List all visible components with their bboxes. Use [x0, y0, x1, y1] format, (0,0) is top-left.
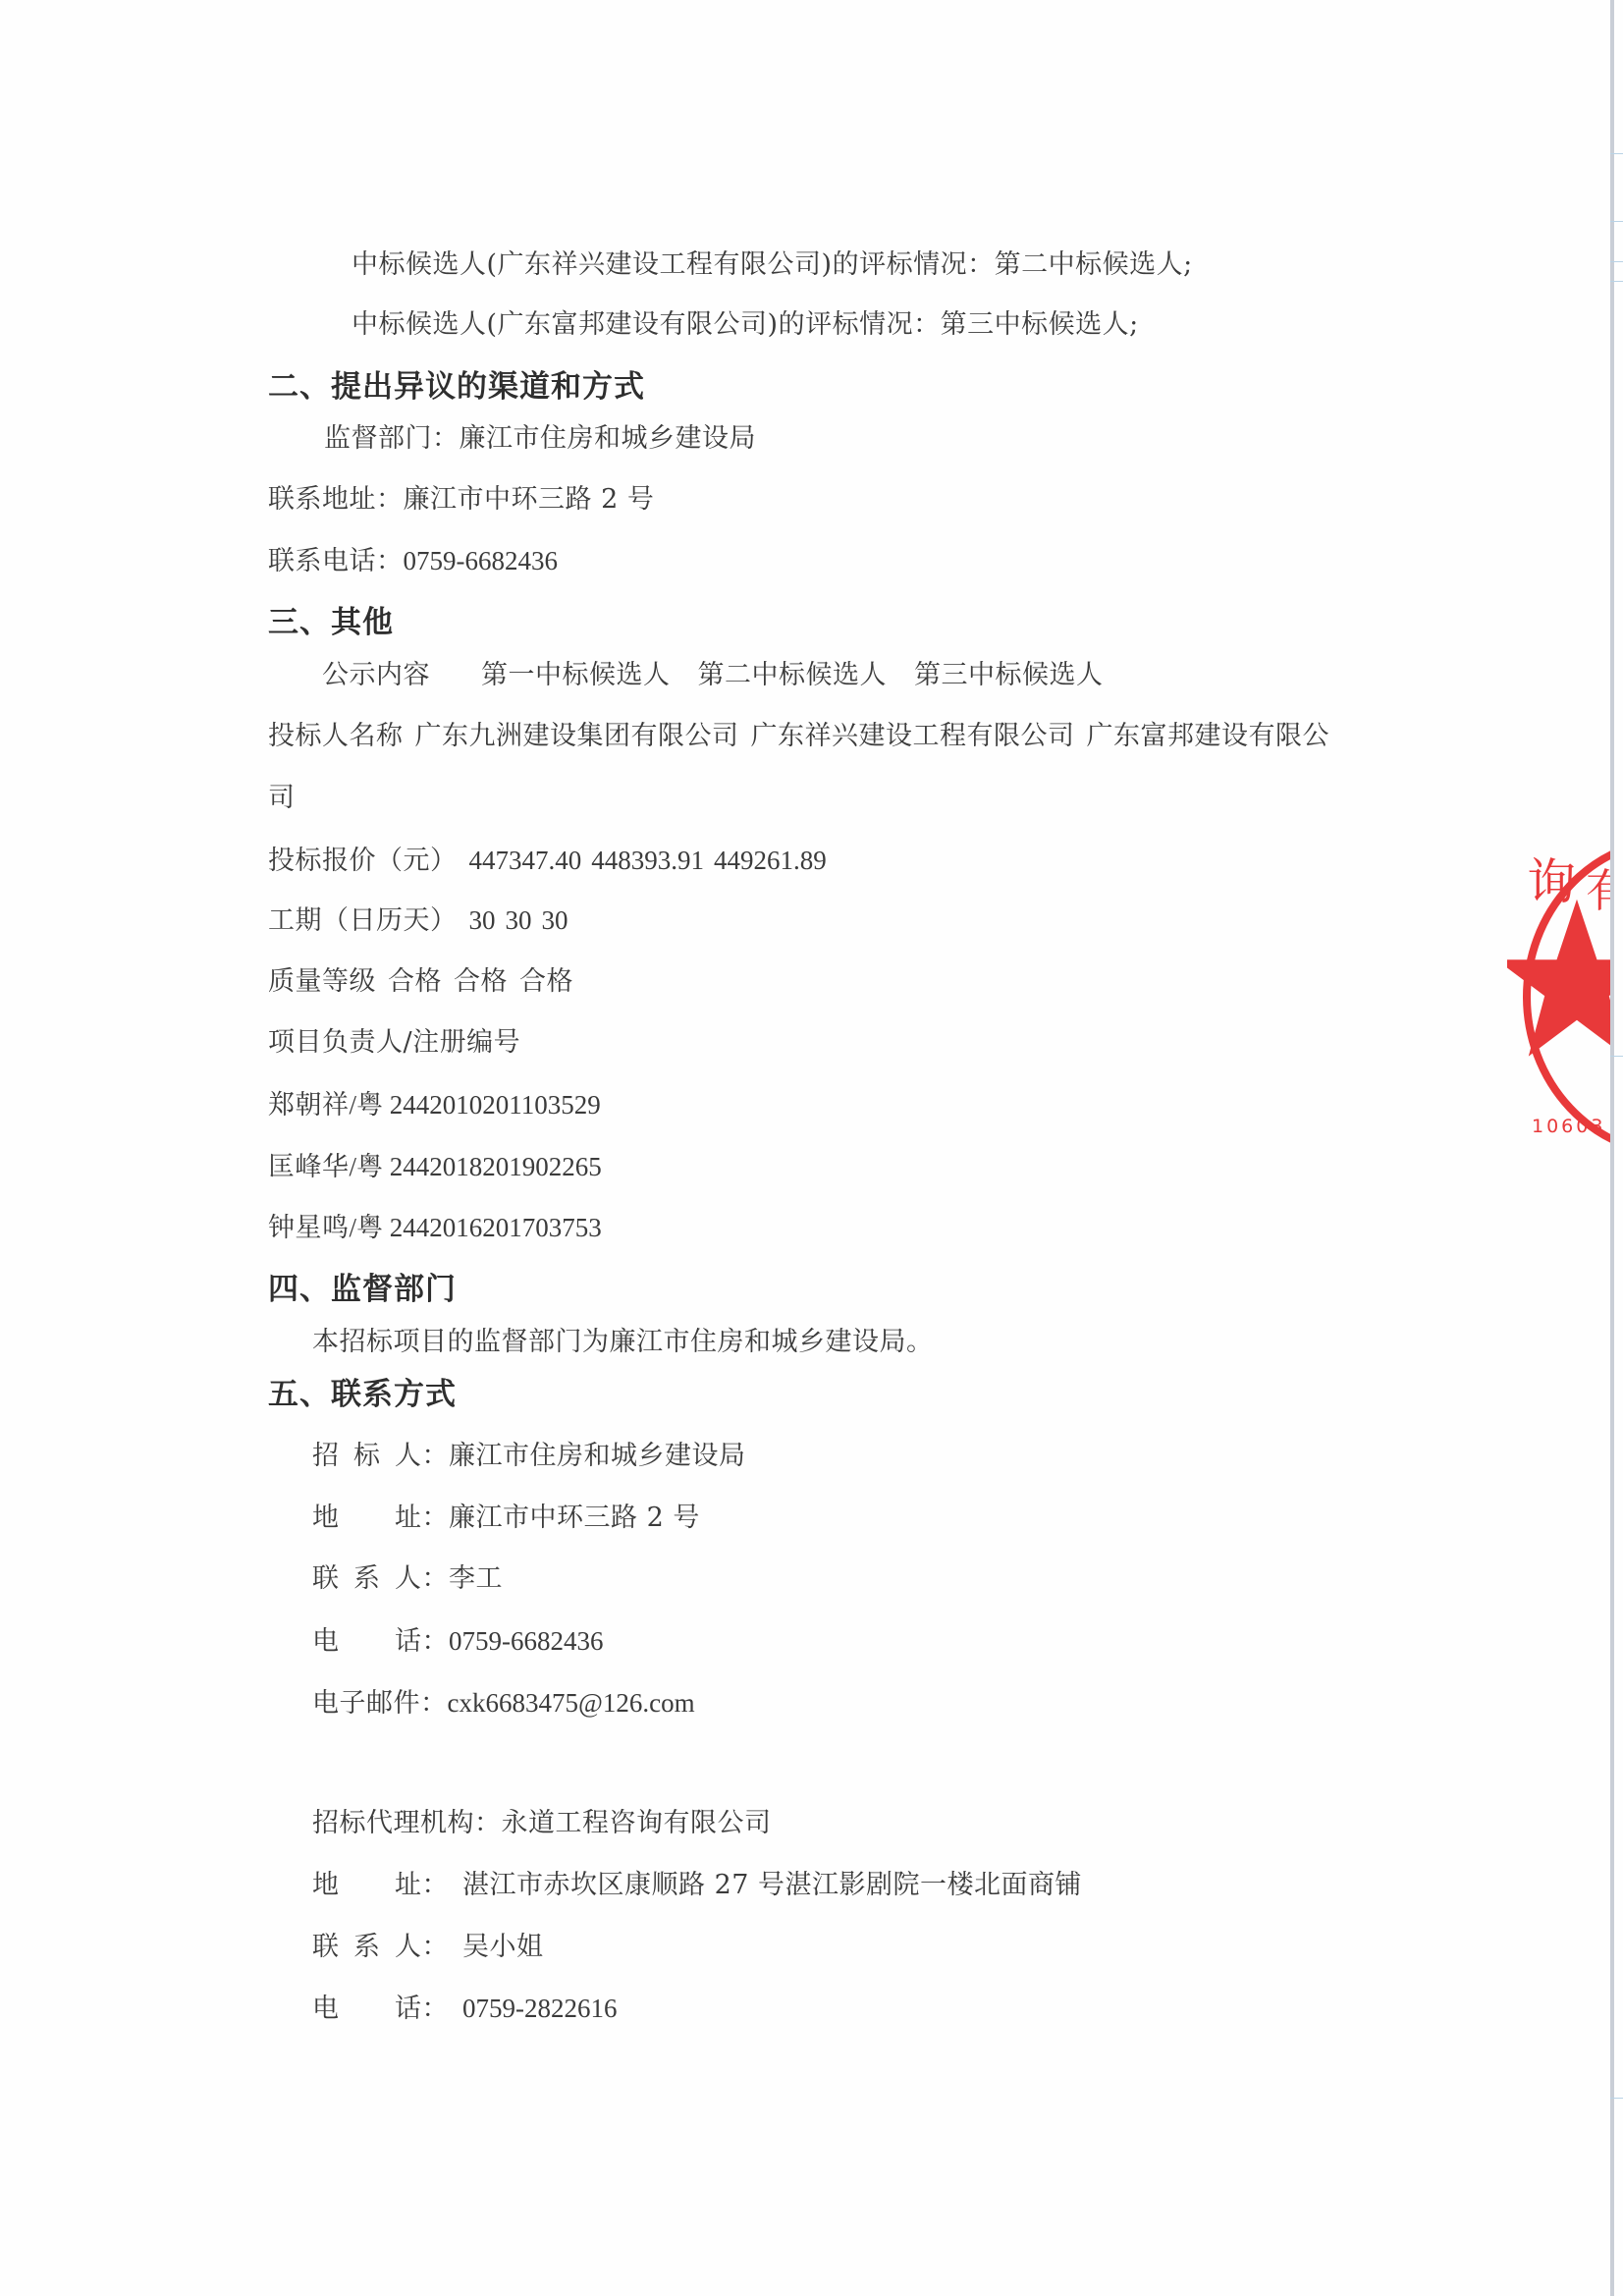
manager-name: 匡峰华 — [268, 1152, 350, 1182]
bidder-3-name: 广东富邦建设有限公 — [1087, 721, 1330, 751]
agency-contact-line: 联系人：吴小姐 — [312, 1931, 544, 1964]
tenderer-contact-value: 李工 — [449, 1563, 503, 1594]
agency-address-value: 湛江市赤坎区康顺路 27 号湛江影剧院一楼北面商铺 — [462, 1870, 1082, 1900]
table-row-quality: 质量等级合格合格合格 — [268, 965, 573, 999]
manager-reg: /粤 2442018201902265 — [350, 1152, 602, 1181]
contact-address-label: 联系地址： — [268, 484, 404, 515]
supervisor-label: 监督部门： — [324, 423, 460, 454]
tenderer-email-line: 电子邮件：cxk6683475@126.com — [312, 1686, 695, 1721]
agency-address-line: 地址：湛江市赤坎区康顺路 27 号湛江影剧院一楼北面商铺 — [312, 1869, 1082, 1902]
quality-3: 合格 — [519, 966, 573, 997]
tenderer-email-value[interactable]: cxk6683475@126.com — [448, 1688, 695, 1718]
table-row-bidder-name: 投标人名称广东九洲建设集团有限公司广东祥兴建设工程有限公司广东富邦建设有限公 — [268, 720, 1329, 753]
row-label: 投标人名称 — [268, 721, 404, 751]
section-4-body: 本招标项目的监督部门为廉江市住房和城乡建设局。 — [312, 1326, 934, 1359]
section-5-heading: 五、联系方式 — [268, 1376, 457, 1413]
section-2-heading: 二、提出异议的渠道和方式 — [268, 368, 645, 406]
bid-price-1: 447347.40 — [469, 846, 582, 875]
tenderer-address-label: 址： — [395, 1503, 449, 1533]
table-row-manager-label: 项目负责人/注册编号 — [268, 1026, 520, 1060]
duration-3: 30 — [542, 905, 568, 935]
tenderer-address-line: 地址：廉江市中环三路 2 号 — [312, 1502, 700, 1535]
quality-2: 合格 — [454, 966, 508, 997]
bid-price-3: 449261.89 — [714, 846, 827, 875]
tenderer-phone-value: 0759-6682436 — [449, 1626, 604, 1656]
duration-2: 30 — [506, 905, 532, 935]
agency-address-label: 址： — [395, 1870, 449, 1900]
contact-address-line: 联系地址：廉江市中环三路 2 号 — [268, 483, 654, 517]
tenderer-name-line: 招标人：廉江市住房和城乡建设局 — [312, 1440, 746, 1473]
table-header-col-1: 第一中标候选人 — [481, 660, 671, 690]
agency-name-value: 永道工程咨询有限公司 — [502, 1808, 772, 1838]
section-3-heading: 三、其他 — [268, 604, 394, 641]
evaluation-result-3: 中标候选人(广东富邦建设有限公司)的评标情况：第三中标候选人; — [352, 308, 1139, 342]
agency-name-line: 招标代理机构：永道工程咨询有限公司 — [312, 1807, 772, 1840]
bid-price-2: 448393.91 — [591, 846, 704, 875]
table-row-duration: 工期（日历天）303030 — [268, 903, 568, 938]
agency-phone-line: 电话：0759-2822616 — [312, 1992, 618, 2026]
company-seal-stamp: 询 有 10603 — [1507, 830, 1610, 1164]
scan-edge-tick — [1610, 153, 1623, 154]
table-header-col-3: 第三中标候选人 — [914, 660, 1104, 690]
tenderer-contact-label: 人： — [395, 1563, 449, 1594]
table-header-label: 公示内容 — [322, 660, 430, 690]
agency-phone-value: 0759-2822616 — [462, 1994, 618, 2023]
agency-contact-label: 人： — [395, 1932, 449, 1962]
section-4-heading: 四、监督部门 — [268, 1271, 457, 1308]
duration-1: 30 — [469, 905, 496, 935]
contact-phone-value: 0759-6682436 — [404, 546, 559, 575]
document-page: 中标候选人(广东祥兴建设工程有限公司)的评标情况：第二中标候选人; 中标候选人(… — [0, 0, 1623, 2296]
bidder-2-name: 广东祥兴建设工程有限公司 — [751, 721, 1075, 751]
contact-address-value: 廉江市中环三路 2 号 — [404, 484, 655, 515]
contact-phone-line: 联系电话：0759-6682436 — [268, 544, 558, 578]
tenderer-phone-line: 电话：0759-6682436 — [312, 1624, 604, 1659]
quality-1: 合格 — [388, 966, 442, 997]
tenderer-name-value: 廉江市住房和城乡建设局 — [449, 1441, 746, 1471]
contact-phone-label: 联系电话： — [268, 546, 404, 576]
scan-edge-tick — [1610, 1056, 1623, 1057]
scan-edge-tick — [1610, 281, 1623, 282]
tenderer-name-label: 人： — [395, 1441, 449, 1471]
manager-2: 匡峰华/粤 2442018201902265 — [268, 1150, 602, 1184]
row-label: 工期（日历天） — [268, 905, 458, 936]
svg-text:询: 询 — [1527, 853, 1576, 910]
table-row-bid-price: 投标报价（元）447347.40448393.91449261.89 — [268, 844, 827, 878]
manager-name: 郑朝祥 — [268, 1090, 350, 1121]
manager-name: 钟星鸣 — [268, 1213, 350, 1243]
supervisor-value: 廉江市住房和城乡建设局 — [460, 423, 757, 454]
manager-1: 郑朝祥/粤 2442010201103529 — [268, 1088, 601, 1122]
svg-text:有: 有 — [1586, 864, 1610, 917]
table-header-row: 公示内容第一中标候选人第二中标候选人第三中标候选人 — [322, 659, 1104, 692]
table-header-col-2: 第二中标候选人 — [698, 660, 888, 690]
agency-name-label: 招标代理机构： — [312, 1808, 502, 1838]
manager-reg: /粤 2442010201103529 — [350, 1090, 601, 1120]
svg-text:10603: 10603 — [1532, 1116, 1605, 1137]
supervisor-line: 监督部门：廉江市住房和城乡建设局 — [324, 422, 756, 456]
row-label: 投标报价（元） — [268, 846, 458, 876]
scan-edge-tick — [1610, 2098, 1623, 2099]
evaluation-result-2: 中标候选人(广东祥兴建设工程有限公司)的评标情况：第二中标候选人; — [352, 248, 1193, 282]
tenderer-email-label: 电子邮件： — [312, 1688, 448, 1719]
bidder-name-wrap: 司 — [268, 782, 296, 815]
bidder-1-name: 广东九洲建设集团有限公司 — [415, 721, 739, 751]
manager-reg: /粤 2442016201703753 — [350, 1213, 602, 1242]
agency-contact-value: 吴小姐 — [462, 1932, 544, 1962]
tenderer-contact-line: 联系人：李工 — [312, 1562, 503, 1596]
row-label: 质量等级 — [268, 966, 376, 997]
agency-phone-label: 话： — [395, 1994, 449, 2024]
manager-3: 钟星鸣/粤 2442016201703753 — [268, 1211, 602, 1245]
scan-edge-tick — [1610, 261, 1623, 262]
scan-edge-line — [1610, 0, 1614, 2296]
scan-edge-tick — [1610, 221, 1623, 222]
tenderer-phone-label: 话： — [395, 1626, 449, 1657]
tenderer-address-value: 廉江市中环三路 2 号 — [449, 1503, 700, 1533]
